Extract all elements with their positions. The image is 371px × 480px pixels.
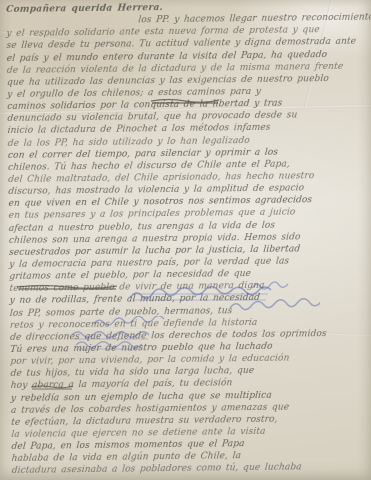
handwritten-text-block: Compañera querida Herrera.los PP. y hace… — [6, 0, 371, 477]
letter-page: Compañera querida Herrera.los PP. y hace… — [0, 0, 371, 480]
handwritten-line: dictadura asesinaba a los pobladores com… — [11, 461, 371, 478]
